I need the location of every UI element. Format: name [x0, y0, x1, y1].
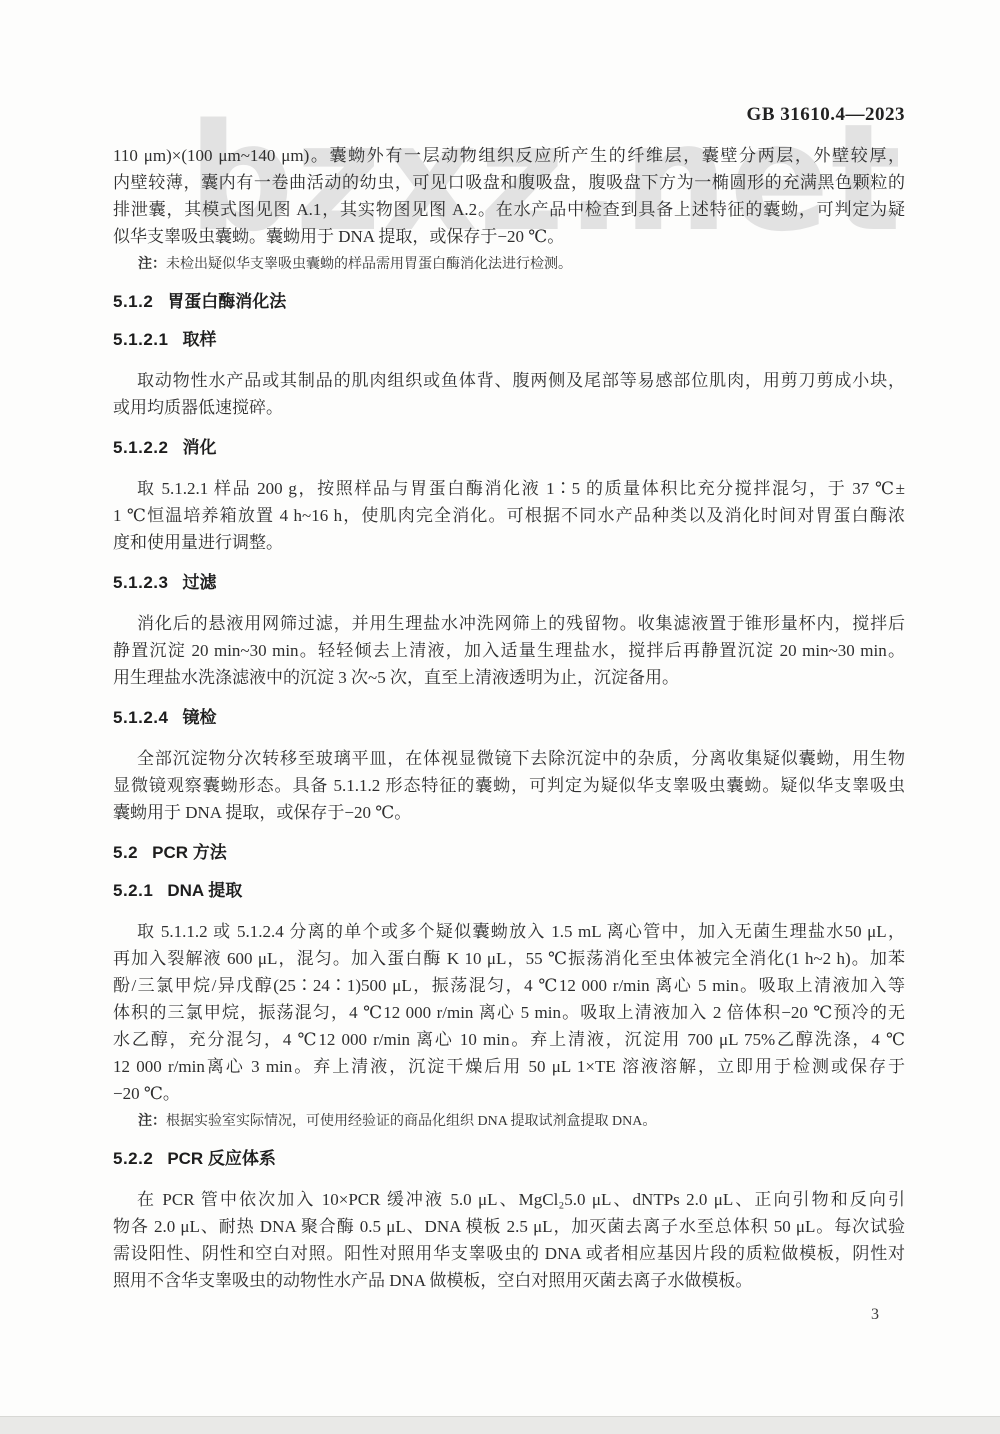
- paragraph-line: 取 5.1.2.1 样品 200 g，按照样品与胃蛋白酶消化液 1∶5 的质量体…: [113, 475, 905, 502]
- note-pepsin-required: 注：未检出疑似华支睾吸虫囊蚴的样品需用胃蛋白酶消化法进行检测。: [138, 253, 905, 275]
- heading-number: 5.1.2.1: [113, 330, 169, 349]
- section-heading-5-2: 5.2PCR 方法: [113, 842, 905, 864]
- paragraph-line: 似华支睾吸虫囊蚴。囊蚴用于 DNA 提取，或保存于−20 ℃。: [113, 223, 905, 250]
- paragraph-line: 再加入裂解液 600 μL，混匀。加入蛋白酶 K 10 μL，55 ℃振荡消化至…: [113, 945, 905, 972]
- paragraph-line: 静置沉淀 20 min~30 min。轻轻倾去上清液，加入适量生理盐水，搅拌后再…: [113, 637, 905, 664]
- heading-number: 5.2.2: [113, 1149, 153, 1168]
- paragraph-line: 消化后的悬液用网筛过滤，并用生理盐水冲洗网筛上的残留物。收集滤液置于锥形量杯内，…: [113, 610, 905, 637]
- paragraph-sampling: 取动物性水产品或其制品的肌肉组织或鱼体背、腹两侧及尾部等易感部位肌肉，用剪刀剪成…: [113, 367, 905, 421]
- heading-title: 过滤: [183, 573, 217, 592]
- paragraph-line: 110 μm)×(100 μm~140 μm)。囊蚴外有一层动物组织反应所产生的…: [113, 142, 905, 169]
- section-heading-5-1-2: 5.1.2胃蛋白酶消化法: [113, 291, 905, 313]
- heading-title: 胃蛋白酶消化法: [167, 292, 286, 311]
- heading-number: 5.1.2.3: [113, 573, 169, 592]
- heading-number: 5.2.1: [113, 881, 153, 900]
- paragraph-line: 囊蚴用于 DNA 提取，或保存于−20 ℃。: [113, 799, 905, 826]
- paragraph-line: 水乙醇，充分混匀，4 ℃12 000 r/min 离心 10 min。弃上清液，…: [113, 1026, 905, 1053]
- paragraph-line: 全部沉淀物分次转移至玻璃平皿，在体视显微镜下去除沉淀中的杂质，分离收集疑似囊蚴，…: [113, 745, 905, 772]
- page-number: 3: [113, 1306, 905, 1324]
- heading-number: 5.1.2.2: [113, 438, 169, 457]
- paragraph-line: 取动物性水产品或其制品的肌肉组织或鱼体背、腹两侧及尾部等易感部位肌肉，用剪刀剪成…: [113, 367, 905, 394]
- paragraph-line: 12 000 r/min离心 3 min。弃上清液，沉淀干燥后用 50 μL 1…: [113, 1053, 905, 1080]
- section-heading-5-1-2-3: 5.1.2.3过滤: [113, 572, 905, 594]
- paragraph-microscopy: 全部沉淀物分次转移至玻璃平皿，在体视显微镜下去除沉淀中的杂质，分离收集疑似囊蚴，…: [113, 745, 905, 826]
- heading-title: PCR 反应体系: [167, 1149, 276, 1168]
- note-text: 根据实验室实际情况，可使用经验证的商品化组织 DNA 提取试剂盒提取 DNA。: [166, 1114, 656, 1129]
- paragraph-line: 酚/三氯甲烷/异戊醇(25∶24∶1)500 μL，振荡混匀，4 ℃12 000…: [113, 972, 905, 999]
- section-heading-5-1-2-1: 5.1.2.1取样: [113, 329, 905, 351]
- section-heading-5-2-2: 5.2.2PCR 反应体系: [113, 1148, 905, 1170]
- paragraph-line: 显微镜观察囊蚴形态。具备 5.1.1.2 形态特征的囊蚴，可判定为疑似华支睾吸虫…: [113, 772, 905, 799]
- heading-title: 镜检: [183, 708, 217, 727]
- note-text: 未检出疑似华支睾吸虫囊蚴的样品需用胃蛋白酶消化法进行检测。: [166, 257, 572, 272]
- page-content: GB 31610.4—2023 110 μm)×(100 μm~140 μm)。…: [113, 0, 905, 1324]
- page-bottom-strip: [0, 1416, 1000, 1434]
- note-label: 注：: [138, 1112, 166, 1128]
- standard-code: GB 31610.4—2023: [113, 0, 905, 126]
- paragraph-line: −20 ℃。: [113, 1080, 905, 1107]
- document-page: bzxz.net GB 31610.4—2023 110 μm)×(100 μm…: [0, 0, 1000, 1434]
- heading-number: 5.2: [113, 843, 138, 862]
- paragraph-line: 需设阳性、阴性和空白对照。阳性对照用华支睾吸虫的 DNA 或者相应基因片段的质粒…: [113, 1240, 905, 1267]
- paragraph-pcr-system: 在 PCR 管中依次加入 10×PCR 缓冲液 5.0 μL、MgCl₂5.0 …: [113, 1186, 905, 1294]
- paragraph-filtration: 消化后的悬液用网筛过滤，并用生理盐水冲洗网筛上的残留物。收集滤液置于锥形量杯内，…: [113, 610, 905, 691]
- paragraph-digestion: 取 5.1.2.1 样品 200 g，按照样品与胃蛋白酶消化液 1∶5 的质量体…: [113, 475, 905, 556]
- paragraph-line: 在 PCR 管中依次加入 10×PCR 缓冲液 5.0 μL、MgCl₂5.0 …: [113, 1186, 905, 1213]
- paragraph-cyst-description: 110 μm)×(100 μm~140 μm)。囊蚴外有一层动物组织反应所产生的…: [113, 142, 905, 250]
- section-heading-5-1-2-2: 5.1.2.2消化: [113, 437, 905, 459]
- heading-title: DNA 提取: [167, 881, 242, 900]
- note-label: 注：: [138, 255, 166, 271]
- paragraph-line: 照用不含华支睾吸虫的动物性水产品 DNA 做模板，空白对照用灭菌去离子水做模板。: [113, 1267, 905, 1294]
- heading-title: 消化: [183, 438, 217, 457]
- note-commercial-kit: 注：根据实验室实际情况，可使用经验证的商品化组织 DNA 提取试剂盒提取 DNA…: [138, 1110, 905, 1132]
- section-heading-5-1-2-4: 5.1.2.4镜检: [113, 707, 905, 729]
- paragraph-line: 物各 2.0 μL、耐热 DNA 聚合酶 0.5 μL、DNA 模板 2.5 μ…: [113, 1213, 905, 1240]
- section-heading-5-2-1: 5.2.1DNA 提取: [113, 880, 905, 902]
- heading-number: 5.1.2.4: [113, 708, 169, 727]
- paragraph-line: 度和使用量进行调整。: [113, 529, 905, 556]
- paragraph-line: 取 5.1.1.2 或 5.1.2.4 分离的单个或多个疑似囊蚴放入 1.5 m…: [113, 918, 905, 945]
- paragraph-line: 排泄囊，其模式图见图 A.1，其实物图见图 A.2。在水产品中检查到具备上述特征…: [113, 196, 905, 223]
- paragraph-line: 或用均质器低速搅碎。: [113, 394, 905, 421]
- heading-title: 取样: [183, 330, 217, 349]
- heading-title: PCR 方法: [152, 843, 227, 862]
- heading-number: 5.1.2: [113, 292, 153, 311]
- paragraph-line: 内壁较薄，囊内有一卷曲活动的幼虫，可见口吸盘和腹吸盘，腹吸盘下方为一椭圆形的充满…: [113, 169, 905, 196]
- paragraph-line: 体积的三氯甲烷，振荡混匀，4 ℃12 000 r/min 离心 5 min。吸取…: [113, 999, 905, 1026]
- paragraph-line: 1 ℃恒温培养箱放置 4 h~16 h，使肌肉完全消化。可根据不同水产品种类以及…: [113, 502, 905, 529]
- paragraph-line: 用生理盐水洗涤滤液中的沉淀 3 次~5 次，直至上清液透明为止，沉淀备用。: [113, 664, 905, 691]
- paragraph-dna-extraction: 取 5.1.1.2 或 5.1.2.4 分离的单个或多个疑似囊蚴放入 1.5 m…: [113, 918, 905, 1107]
